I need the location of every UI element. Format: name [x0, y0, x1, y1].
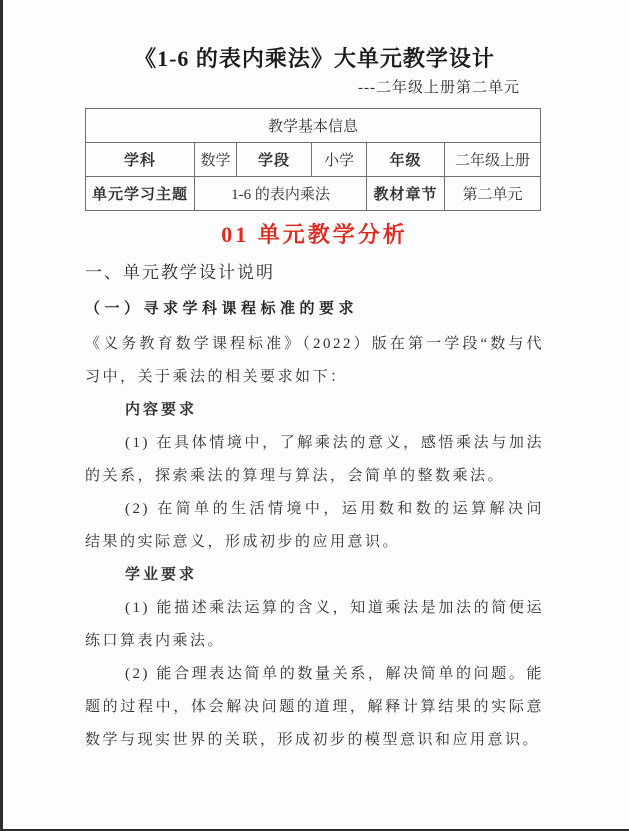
grade-value: 二年级上册	[445, 143, 541, 177]
table-row: 教学基本信息	[86, 109, 541, 143]
body-line: 数学与现实世界的关联，形成初步的模型意识和应用意识。	[85, 724, 544, 757]
body-line: (2) 在简单的生活情境中，运用数和数的运算解决问题，能解释	[85, 493, 544, 526]
grade-label: 年级	[367, 143, 445, 177]
document-page: 《1-6 的表内乘法》大单元教学设计 ---二年级上册第二单元 教学基本信息 学…	[0, 0, 629, 831]
body-line: 的关系，探索乘法的算理与算法，会简单的整数乘法。	[85, 460, 544, 493]
theme-label: 单元学习主题	[86, 177, 195, 211]
body-line: 学业要求	[85, 559, 544, 592]
body-line: 内容要求	[85, 394, 544, 427]
subject-value: 数学	[195, 143, 237, 177]
theme-value: 1-6 的表内乘法	[195, 177, 367, 211]
stage-value: 小学	[312, 143, 367, 177]
stage-label: 学段	[237, 143, 312, 177]
body-line: (1) 能描述乘法运算的含义，知道乘法是加法的简便运算。能熟	[85, 592, 544, 625]
body-line: 结果的实际意义，形成初步的应用意识。	[85, 526, 544, 559]
body-line: (2) 能合理表达简单的数量关系，解决简单的问题。能在解决问	[85, 658, 544, 691]
body-line: 《义务教育数学课程标准》（2022）版在第一学段“数与代数”的学	[85, 328, 544, 361]
table-row: 学科 数学 学段 小学 年级 二年级上册	[86, 143, 541, 177]
chapter-value: 第二单元	[445, 177, 541, 211]
body-line: 题的过程中，体会解决问题的道理，解释计算结果的实际意义，感悟	[85, 691, 544, 724]
section-heading-1: 一、单元教学设计说明	[85, 261, 544, 285]
subject-label: 学科	[86, 143, 195, 177]
basic-info-table: 教学基本信息 学科 数学 学段 小学 年级 二年级上册 单元学习主题 1-6 的…	[85, 108, 541, 211]
document-title: 《1-6 的表内乘法》大单元教学设计	[85, 44, 544, 74]
section-heading-2: （一）寻求学科课程标准的要求	[85, 298, 544, 320]
body-line: (1) 在具体情境中，了解乘法的意义，感悟乘法与加法运算之间	[85, 427, 544, 460]
body-line: 练口算表内乘法。	[85, 625, 544, 658]
document-subtitle: ---二年级上册第二单元	[85, 78, 544, 98]
section-banner: 01 单元教学分析	[85, 221, 544, 249]
body-line: 习中，关于乘法的相关要求如下：	[85, 361, 544, 394]
table-header-cell: 教学基本信息	[86, 109, 541, 143]
chapter-label: 教材章节	[367, 177, 445, 211]
body-text: 《义务教育数学课程标准》（2022）版在第一学段“数与代数”的学习中，关于乘法的…	[85, 328, 544, 757]
table-row: 单元学习主题 1-6 的表内乘法 教材章节 第二单元	[86, 177, 541, 211]
